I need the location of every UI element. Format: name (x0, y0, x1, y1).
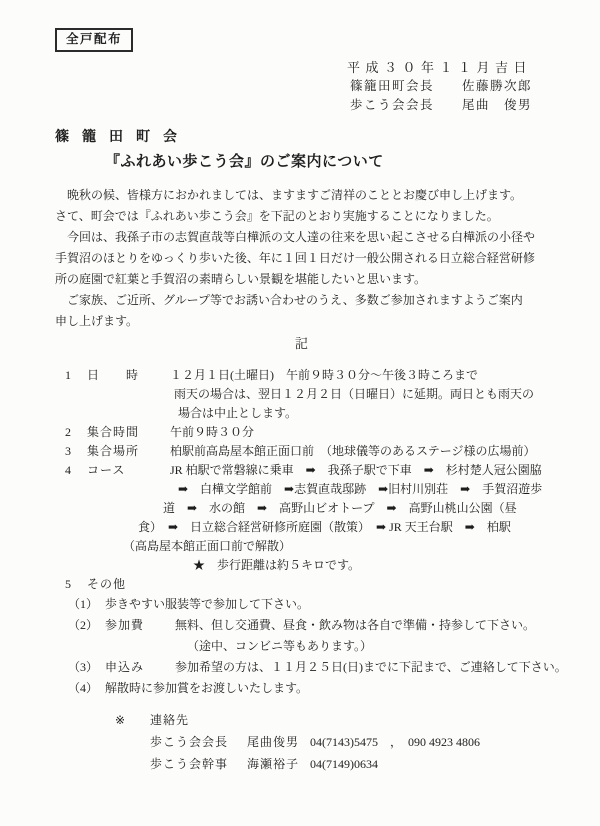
subitem-row-fee: （2） 参加費 無料、但し交通費、昼食・飲み物は各自で準備・持参して下さい。 (55, 615, 550, 636)
subitem-row-clothing: （1） 歩きやすい服装等で参加して下さい。 (55, 594, 550, 615)
item-row-meet-place: 3 集合場所 柏駅前高島屋本館正面口前 （地球儀等のあるステージ様の広場前） (55, 442, 550, 461)
subitem-number: （4） (68, 678, 105, 699)
contact-name: 海瀬裕子 (247, 753, 310, 775)
items-list: 1 日 時 １２月１日(土曜日) 午前９時３０分～午後３時ころまで 雨天の場合は… (55, 366, 550, 594)
contact-name: 尾曲俊男 (247, 731, 310, 753)
course-line: ➡ 白樺文学館前 ➡志賀直哉邸跡 ➡旧村川別荘 ➡ 手賀沼遊歩 (178, 480, 550, 499)
item-row-datetime: 1 日 時 １２月１日(土曜日) 午前９時３０分～午後３時ころまで 雨天の場合は… (55, 366, 550, 423)
body-text: 晩秋の候、皆様方におかれましては、ますますご清祥のこととお慶び申し上げます。 さ… (55, 185, 550, 332)
convenience-store-note: （途中、コンビニ等もあります。） (187, 636, 550, 657)
subitem-number: （3） (68, 657, 105, 678)
body-line: さて、町会では『ふれあい歩こう会』を下記のとおり実施することになりました。 (55, 206, 550, 227)
subitem-text: 歩きやすい服装等で参加して下さい。 (105, 594, 309, 615)
distribution-badge: 全戸配布 (55, 28, 133, 52)
contact-phone: 04(7143)5475 ， 090 4923 4806 (310, 731, 480, 753)
signer-name: 佐藤勝次郎 (462, 77, 532, 96)
contact-phone: 04(7149)0634 (310, 753, 378, 775)
item-value: JR 柏駅で常磐線に乗車 ➡ 我孫子駅で下車 ➡ 杉村楚人冠公園脇 ➡ 白樺文学… (170, 461, 550, 575)
walking-distance-note: ★ 歩行距離は約５キロです。 (193, 556, 550, 575)
subitem-row-prize: （4） 解散時に参加賞をお渡しいたします。 (55, 678, 550, 699)
item-number: 3 (65, 442, 87, 461)
subitem-text: 解散時に参加賞をお渡しいたします。 (105, 678, 308, 699)
reference-mark: ※ (115, 709, 150, 731)
subitem-row-apply: （3） 申込み 参加希望の方は、１１月２５日(日)までに下記まで、ご連絡して下さ… (55, 657, 550, 678)
item-value-line: １２月１日(土曜日) 午前９時３０分～午後３時ころまで (170, 366, 550, 385)
item-value-line: 柏駅前高島屋本館正面口前 （地球儀等のあるステージ様の広場前） (170, 442, 550, 461)
org-heading: 篠籠田町会 (55, 128, 550, 145)
signer-row: 歩こう会会長 尾曲 俊男 (350, 96, 532, 115)
other-sublist: （1） 歩きやすい服装等で参加して下さい。 （2） 参加費 無料、但し交通費、昼… (55, 594, 550, 699)
body-line: 申し上げます。 (55, 311, 550, 332)
date-line: 平成３０年１１月吉日 (347, 58, 532, 77)
item-value-line: 場合は中止とします。 (178, 404, 550, 423)
course-line: 食） ➡ 日立総合経営研修所庭園（散策） ➡ JR 天王台駅 ➡ 柏駅 (138, 518, 550, 537)
body-line: 所の庭園で紅葉と手賀沼の素晴らしい景観を堪能したいと思います。 (55, 269, 550, 290)
item-number: 4 (65, 461, 87, 575)
contact-header: ※ 連絡先 (55, 709, 550, 731)
item-number: 2 (65, 423, 87, 442)
item-value: 午前９時３０分 (170, 423, 550, 442)
item-row-other: 5 その他 (55, 575, 550, 594)
item-value-line: 午前９時３０分 (170, 423, 550, 442)
contact-heading: 連絡先 (150, 709, 189, 731)
item-label: 集合場所 (87, 442, 170, 461)
item-label: その他 (87, 575, 170, 594)
contact-row: 歩こう会会長 尾曲俊男 04(7143)5475 ， 090 4923 4806 (55, 731, 550, 753)
item-row-course: 4 コース JR 柏駅で常磐線に乗車 ➡ 我孫子駅で下車 ➡ 杉村楚人冠公園脇 … (55, 461, 550, 575)
item-value: 柏駅前高島屋本館正面口前 （地球儀等のあるステージ様の広場前） (170, 442, 550, 461)
body-line: 今回は、我孫子市の志賀直哉等白樺派の文人達の往来を思い起こさせる白樺派の小径や (55, 227, 550, 248)
subitem-number: （1） (68, 594, 105, 615)
signer-row: 篠籠田町会長 佐藤勝次郎 (350, 77, 532, 96)
record-marker: 記 (55, 334, 550, 354)
subitem-number: （2） (68, 615, 105, 636)
signer-role: 歩こう会会長 (350, 96, 434, 115)
document-page: 全戸配布 平成３０年１１月吉日 篠籠田町会長 佐藤勝次郎 歩こう会会長 尾曲 俊… (0, 0, 600, 826)
body-line: 手賀沼のほとりをゆっくり歩いた後、年に１回１日だけ一般公開される日立総合経営研修 (55, 248, 550, 269)
item-row-meet-time: 2 集合時間 午前９時３０分 (55, 423, 550, 442)
item-label: 集合時間 (87, 423, 170, 442)
contact-block: ※ 連絡先 歩こう会会長 尾曲俊男 04(7143)5475 ， 090 492… (55, 709, 550, 775)
signer-name: 尾曲 俊男 (462, 96, 532, 115)
body-line: 晩秋の候、皆様方におかれましては、ますますご清祥のこととお慶び申し上げます。 (55, 185, 550, 206)
signer-role: 篠籠田町会長 (350, 77, 434, 96)
course-line: 道 ➡ 水の館 ➡ 高野山ビオトープ ➡ 高野山桃山公園（昼 (163, 499, 550, 518)
course-line: （高島屋本館正面口前で解散） (123, 537, 550, 556)
doc-title: 『ふれあい歩こう会』のご案内について (105, 153, 550, 171)
item-value: １２月１日(土曜日) 午前９時３０分～午後３時ころまで 雨天の場合は、翌日１２月… (170, 366, 550, 423)
contact-role: 歩こう会幹事 (150, 753, 247, 775)
contact-row: 歩こう会幹事 海瀬裕子 04(7149)0634 (55, 753, 550, 775)
contact-role: 歩こう会会長 (150, 731, 247, 753)
item-number: 5 (65, 575, 87, 594)
subitem-label: 申込み (105, 657, 175, 678)
item-value-line: 雨天の場合は、翌日１２月２日（日曜日）に延期。両日とも雨天の (174, 385, 550, 404)
subitem-label: 参加費 (105, 615, 175, 636)
subitem-text: 無料、但し交通費、昼食・飲み物は各自で準備・持参して下さい。 (175, 615, 535, 636)
item-label: 日 時 (87, 366, 170, 423)
course-line: JR 柏駅で常磐線に乗車 ➡ 我孫子駅で下車 ➡ 杉村楚人冠公園脇 (170, 461, 550, 480)
subitem-text: 参加希望の方は、１１月２５日(日)までに下記まで、ご連絡して下さい。 (175, 657, 567, 678)
body-line: ご家族、ご近所、グループ等でお誘い合わせのうえ、多数ご参加されますようご案内 (55, 290, 550, 311)
document-header: 平成３０年１１月吉日 篠籠田町会長 佐藤勝次郎 歩こう会会長 尾曲 俊男 (55, 58, 532, 115)
item-number: 1 (65, 366, 87, 423)
